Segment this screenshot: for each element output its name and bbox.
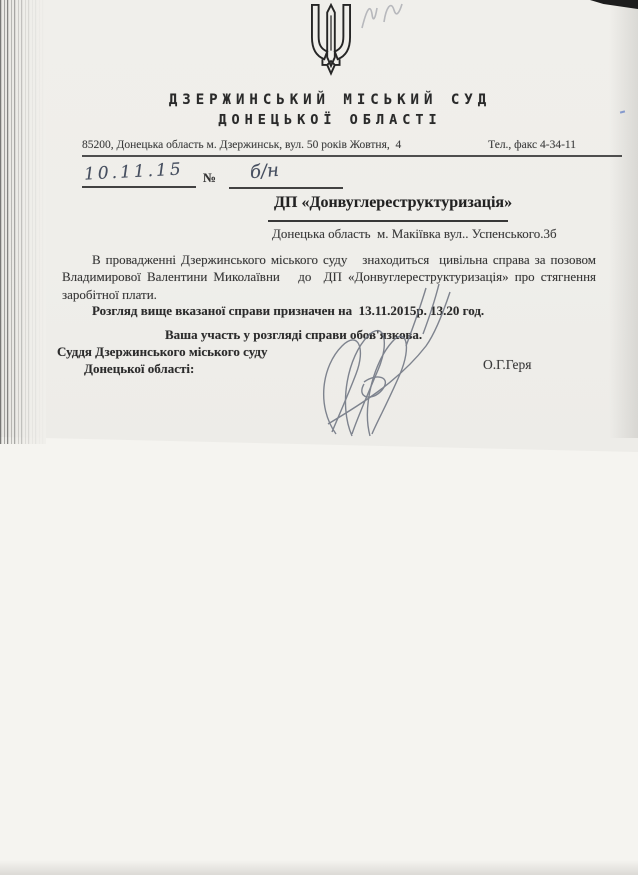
recipient-address: Донецька область м. Макіївка вул.. Успен… xyxy=(272,226,557,242)
recipient-rule xyxy=(268,220,508,222)
judge-title-line2: Донецької області: xyxy=(84,361,194,377)
court-phone: Тел., факс 4-34-11 xyxy=(488,139,576,151)
scanner-bottom-shade xyxy=(0,860,638,875)
pen-scribble-mark xyxy=(358,0,428,35)
letterhead-rule xyxy=(82,155,622,157)
court-address: 85200, Донецька область м. Дзержинськ, в… xyxy=(82,139,401,151)
document-number-handwritten: б/н xyxy=(249,160,280,183)
number-underline xyxy=(229,187,343,189)
scanner-right-shade-artifact xyxy=(604,0,638,438)
judge-signature xyxy=(306,284,481,447)
number-sign: № xyxy=(203,170,216,186)
letterhead-contact-row: 85200, Донецька область м. Дзержинськ, в… xyxy=(82,139,576,151)
date-underline xyxy=(82,186,196,188)
recipient-name: ДП «Донвуглереструктуризація» xyxy=(274,194,512,212)
scanned-document: ДЗЕРЖИНСЬКИЙ МІСЬКИЙ СУД ДОНЕЦЬКОЇ ОБЛАС… xyxy=(0,0,638,875)
court-name-line2: ДОНЕЦЬКОЇ ОБЛАСТІ xyxy=(150,112,510,128)
judge-title-line1: Суддя Дзержинського міського суду xyxy=(57,344,268,360)
judge-name: О.Г.Геря xyxy=(483,357,532,373)
ukraine-trident-emblem-icon xyxy=(302,3,360,88)
court-name-line1: ДЗЕРЖИНСЬКИЙ МІСЬКИЙ СУД xyxy=(150,92,510,108)
scanner-streak-fade xyxy=(0,0,46,444)
